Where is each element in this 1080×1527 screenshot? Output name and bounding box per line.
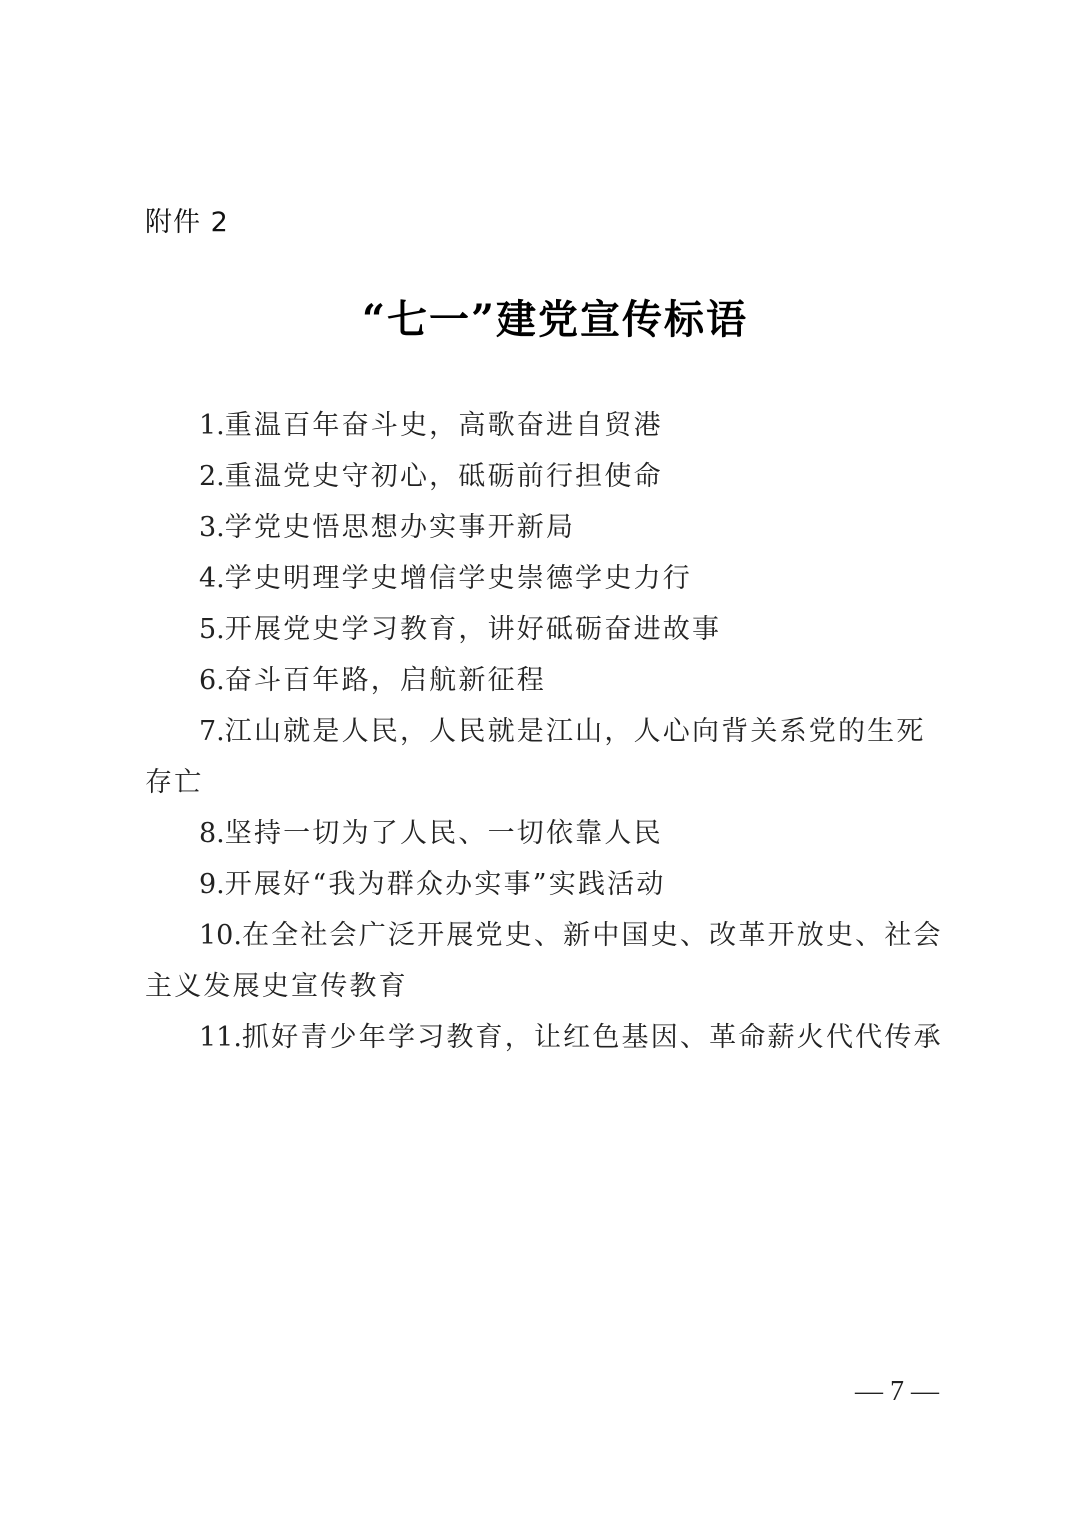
slogan-text: 开展党史学习教育，讲好砥砺奋进故事 — [225, 614, 721, 645]
slogan-number: 8. — [199, 818, 225, 849]
slogan-item: 9.开展好“我为群众办实事”实践活动 — [145, 859, 945, 910]
page-number: — 7 — — [855, 1372, 939, 1412]
slogan-number: 2. — [199, 461, 225, 492]
slogan-number: 4. — [199, 563, 225, 594]
slogan-item: 5.开展党史学习教育，讲好砥砺奋进故事 — [145, 604, 945, 655]
slogan-item: 11.抓好青少年学习教育，让红色基因、革命薪火代代传承 — [145, 1012, 945, 1063]
slogan-text: 重温党史守初心，砥砺前行担使命 — [225, 461, 663, 492]
slogan-number: 5. — [199, 614, 225, 645]
slogan-list: 1.重温百年奋斗史，高歌奋进自贸港 2.重温党史守初心，砥砺前行担使命 3.学党… — [145, 400, 945, 1063]
attachment-label: 附件 2 — [145, 203, 229, 243]
slogan-item: 1.重温百年奋斗史，高歌奋进自贸港 — [145, 400, 945, 451]
slogan-text: 江山就是人民，人民就是江山，人心向背关系党的生死存亡 — [145, 716, 926, 798]
slogan-text: 重温百年奋斗史，高歌奋进自贸港 — [225, 410, 663, 441]
slogan-number: 11. — [199, 1022, 242, 1053]
slogan-text: 学史明理学史增信学史崇德学史力行 — [225, 563, 692, 594]
document-page: 附件 2 “七一”建党宣传标语 1.重温百年奋斗史，高歌奋进自贸港 2.重温党史… — [0, 0, 1080, 1527]
slogan-text: 在全社会广泛开展党史、新中国史、改革开放史、社会主义发展史宣传教育 — [145, 920, 943, 1002]
slogan-number: 10. — [199, 920, 242, 951]
slogan-item: 10.在全社会广泛开展党史、新中国史、改革开放史、社会主义发展史宣传教育 — [145, 910, 945, 1012]
slogan-number: 6. — [199, 665, 225, 696]
slogan-item: 3.学党史悟思想办实事开新局 — [145, 502, 945, 553]
slogan-number: 7. — [199, 716, 225, 747]
slogan-item: 7.江山就是人民，人民就是江山，人心向背关系党的生死存亡 — [145, 706, 945, 808]
document-title: “七一”建党宣传标语 — [0, 290, 1080, 350]
slogan-item: 6.奋斗百年路，启航新征程 — [145, 655, 945, 706]
slogan-text: 学党史悟思想办实事开新局 — [225, 512, 575, 543]
slogan-number: 1. — [199, 410, 225, 441]
slogan-item: 4.学史明理学史增信学史崇德学史力行 — [145, 553, 945, 604]
slogan-number: 9. — [199, 869, 225, 900]
slogan-text: 奋斗百年路，启航新征程 — [225, 665, 546, 696]
slogan-item: 2.重温党史守初心，砥砺前行担使命 — [145, 451, 945, 502]
slogan-item: 8.坚持一切为了人民、一切依靠人民 — [145, 808, 945, 859]
slogan-text: 开展好“我为群众办实事”实践活动 — [225, 869, 666, 900]
slogan-number: 3. — [199, 512, 225, 543]
slogan-text: 坚持一切为了人民、一切依靠人民 — [225, 818, 663, 849]
slogan-text: 抓好青少年学习教育，让红色基因、革命薪火代代传承 — [242, 1022, 943, 1053]
